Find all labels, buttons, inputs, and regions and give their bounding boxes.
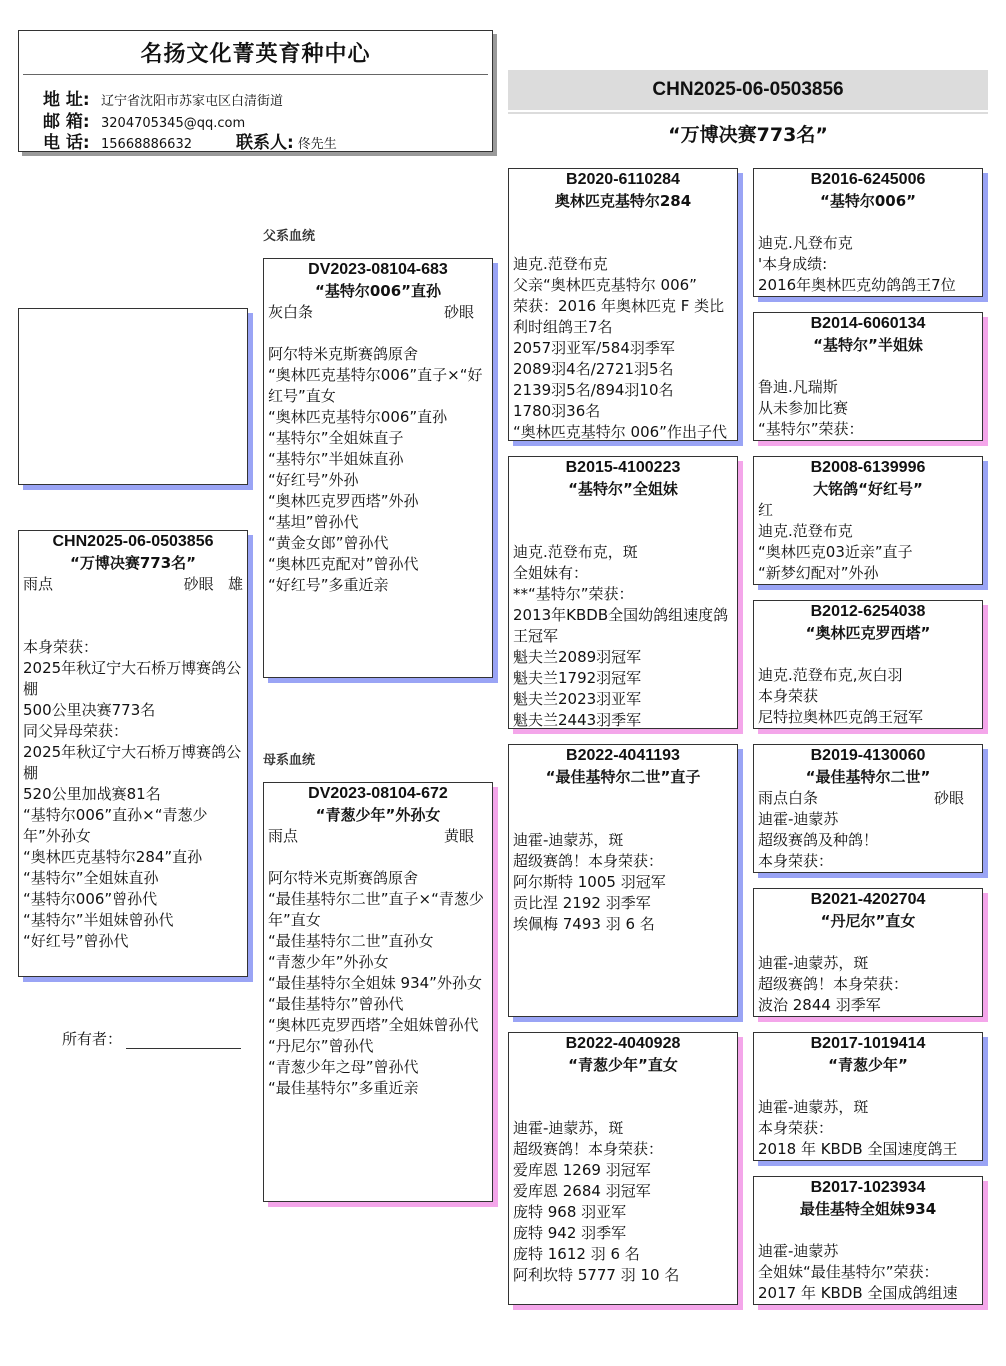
dam-card: DV2023-08104-672 “青葱少年”外孙女 雨点 黄眼 阿尔特米克斯赛… [263,782,493,1202]
note-line: 2018 年 KBDB 全国速度鸽王 [758,1139,978,1160]
note-line: “最佳基特尔全姐妹 934”外孙女 [268,973,488,994]
great-grandparent-card-ssd: B2014-6060134 “基特尔”半姐妹 鲁迪.凡瑞斯 从未参加比赛 “基特… [753,312,983,441]
note-line: 2089羽4名/2721羽5名 [513,359,733,380]
note-line: “最佳基特尔”多重近亲 [268,1078,488,1099]
note-line: 魁夫兰2443羽季军 [513,710,733,729]
note-line: 魁夫兰2089羽冠军 [513,647,733,668]
note-line: 2025年秋辽宁大石桥万博赛鸽公棚 [23,658,243,700]
pigeon-name: “万博决赛773名” [23,552,243,574]
note-line: “最佳基特尔二世”直子×“青葱少年”直女 [268,889,488,931]
ring-number-banner: CHN2025-06-0503856 [508,70,988,110]
note-line: 庞特 942 羽季军 [513,1223,733,1244]
note-line: 迪克.凡登布克 [758,233,978,254]
grandsire-sire-side-card: B2020-6110284 奥林匹克基特尔284 迪克.范登布克 父亲“奥林匹克… [508,168,738,441]
note-line: 迪霍-迪蒙苏，斑 [758,1097,978,1118]
note-line: “奥林匹克基特尔 006”作出子代 [513,422,733,441]
note-line: “奥林匹克配对”曾孙代 [268,554,488,575]
eye-trait: 砂眼 [184,575,214,593]
pigeon-name: “青葱少年”直女 [513,1054,733,1076]
great-grandparent-card-sss: B2016-6245006 “基特尔006” 迪克.凡登布克 '本身成绩: 20… [753,168,983,297]
note-line: 红 [758,500,978,521]
note-line: 迪克.范登布克 [758,521,978,542]
note-line: “奥林匹克罗西塔”全姐妹曾孙代 [268,1015,488,1036]
color-trait: 雨点白条 [758,788,818,809]
note-line: 超级赛鸽及种鸽！ [758,830,978,851]
note-line: 本身荣获 [758,686,978,707]
dam-line-label: 母系血统 [263,749,315,768]
note-line: 尼特拉奥林匹克鸽王冠军 [758,707,978,728]
note-line: “基特尔”半姐妹直孙 [268,449,488,470]
great-grandparent-card-dsd: B2021-4202704 “丹尼尔”直女 迪霍-迪蒙苏，斑 超级赛鸽！本身荣获… [753,888,983,1017]
owner-field: 所有者： [62,1028,241,1049]
sex-trait: 雄 [228,575,243,593]
pigeon-name: “基特尔”全姐妹 [513,478,733,500]
breeder-header-card: 名扬文化菁英育种中心 地 址: 辽宁省沈阳市苏家屯区白清街道 邮 箱: 3204… [18,30,493,152]
note-line: 阿尔特米克斯赛鸽原舍 [268,868,488,889]
color-trait: 雨点 [268,826,298,847]
note-line: “奥林匹克基特尔006”直子×“好红号”直女 [268,365,488,407]
note-line: “好红号”外孙 [268,470,488,491]
ring-number: B2021-4202704 [758,889,978,910]
note-line: 2017 年 KBDB 全国成鸽组速 [758,1283,978,1304]
ring-number: DV2023-08104-672 [268,783,488,804]
note-line: 2016年奥林匹克幼鸽鸽王7位 [758,275,978,296]
granddam-dam-side-card: B2022-4040928 “青葱少年”直女 迪霍-迪蒙苏，斑 超级赛鸽！本身荣… [508,1032,738,1305]
note-line: '本身成绩: [758,254,978,275]
note-line: “丹尼尔”曾孙代 [268,1036,488,1057]
ring-number: B2014-6060134 [758,313,978,334]
note-line: 埃佩梅 7493 羽 6 名 [513,914,733,935]
note-line: 鲁迪.凡瑞斯 [758,377,978,398]
pigeon-name: “最佳基特尔二世” [758,766,978,788]
traits-row: 雨点 黄眼 [268,826,488,847]
note-line: 阿利坎特 5777 羽 10 名 [513,1265,733,1286]
note-line: 2057羽亚军/584羽季军 [513,338,733,359]
note-line: 波治 2844 羽季军 [758,995,978,1016]
great-grandparent-card-sdd: B2012-6254038 “奥林匹克罗西塔” 迪克.范登布克,灰白羽 本身荣获… [753,600,983,729]
note-line: 全姐妹有： [513,563,733,584]
note-line: 本身荣获： [23,637,243,658]
traits-row: 雨点 砂眼 雄 [23,574,243,595]
note-line: 荣获：2016 年奥林匹克 F 类比利时组鸽王7名 [513,296,733,338]
note-line: **“基特尔”荣获： [513,584,733,605]
traits-row: 雨点白条 砂眼 [758,788,978,809]
note-line: 超级赛鸽！本身荣获： [758,974,978,995]
ring-number: B2022-4040928 [513,1033,733,1054]
great-grandparent-card-dds: B2017-1019414 “青葱少年” 迪霍-迪蒙苏，斑 本身荣获： 2018… [753,1032,983,1161]
note-line: “奥林匹克基特尔284”直孙 [23,847,243,868]
pigeon-name-title: “万博决赛773名” [508,120,988,147]
note-line: 阿尔斯特 1005 羽冠军 [513,872,733,893]
note-line: 超级赛鸽！本身荣获： [513,851,733,872]
phone-value: 15668886632 [101,137,192,152]
note-line: “基特尔”荣获： [758,419,978,440]
pigeon-name: “最佳基特尔二世”直子 [513,766,733,788]
pigeon-name: “丹尼尔”直女 [758,910,978,932]
note-line: 从未参加比赛 [758,398,978,419]
header-divider [23,74,488,75]
note-line: “奥林匹克03近亲”直子 [758,542,978,563]
ring-number: B2019-4130060 [758,745,978,766]
pigeon-name: “基特尔006” [758,190,978,212]
eye-trait: 砂眼 [444,302,474,323]
note-line: 魁夫兰2023羽亚军 [513,689,733,710]
note-line: 爱库恩 2684 羽冠军 [513,1181,733,1202]
ring-number: B2017-1023934 [758,1177,978,1198]
pigeon-name: “基特尔”半姐妹 [758,334,978,356]
banner-divider [508,112,988,114]
ring-number: B2008-6139996 [758,457,978,478]
eye-trait: 砂眼 [934,788,964,809]
note-line: 超级赛鸽！本身荣获： [513,1139,733,1160]
note-line: 阿尔特米克斯赛鸽原舍 [268,344,488,365]
note-line: “基特尔006”直孙×“青葱少年”外孙女 [23,805,243,847]
note-line: 迪霍-迪蒙苏，斑 [758,953,978,974]
note-line: 魁夫兰1792羽冠军 [513,668,733,689]
note-line: 迪克.范登布克 [513,254,733,275]
ring-number: B2016-6245006 [758,169,978,190]
pigeon-name: “奥林匹克罗西塔” [758,622,978,644]
pigeon-name: “青葱少年”外孙女 [268,804,488,826]
note-line: 520公里加战赛81名 [23,784,243,805]
note-line: 庞特 1612 羽 6 名 [513,1244,733,1265]
note-line: 本身荣获： [758,1118,978,1139]
contact-label: 联系人: [236,128,294,153]
grandsire-dam-side-card: B2022-4041193 “最佳基特尔二世”直子 迪霍-迪蒙苏，斑 超级赛鸽！… [508,744,738,1017]
ring-number: B2015-4100223 [513,457,733,478]
note-line: 同父异母荣获： [23,721,243,742]
note-line: “基特尔”全姐妹直孙 [23,868,243,889]
pigeon-name: “青葱少年” [758,1054,978,1076]
sire-card: DV2023-08104-683 “基特尔006”直孙 灰白条 砂眼 阿尔特米克… [263,258,493,678]
sire-line-label: 父系血统 [263,225,315,244]
great-grandparent-card-dss: B2019-4130060 “最佳基特尔二世” 雨点白条 砂眼 迪霍-迪蒙苏 超… [753,744,983,873]
note-line: 迪霍-迪蒙苏，斑 [513,830,733,851]
ring-number: B2017-1019414 [758,1033,978,1054]
note-line: 2013年KBDB全国幼鸽组速度鸽王冠军 [513,605,733,647]
great-grandparent-card-sds: B2008-6139996 大铭鸽“好红号” 红 迪克.范登布克 “奥林匹克03… [753,456,983,585]
note-line: “基特尔006”曾孙代 [23,889,243,910]
note-line: “黄金女郎”曾孙代 [268,533,488,554]
traits-row: 灰白条 砂眼 [268,302,488,323]
color-trait: 雨点 [23,574,53,595]
note-line: 本身荣获： [758,851,978,872]
note-line: 父亲“奥林匹克基特尔 006” [513,275,733,296]
note-line: 迪霍-迪蒙苏，斑 [513,1118,733,1139]
eye-sex-traits: 砂眼 雄 [184,574,243,595]
subject-pigeon-card: CHN2025-06-0503856 “万博决赛773名” 雨点 砂眼 雄 本身… [18,530,248,977]
note-line: 迪霍-迪蒙苏 [758,1241,978,1262]
ring-number: B2012-6254038 [758,601,978,622]
note-line: “奥林匹克罗西塔”外孙 [268,491,488,512]
note-line: “好红号”多重近亲 [268,575,488,596]
note-line: “基坦”曾孙代 [268,512,488,533]
ring-number: B2020-6110284 [513,169,733,190]
note-line: 全姐妹“最佳基特尔”荣获： [758,1262,978,1283]
note-line: 爱库恩 1269 羽冠军 [513,1160,733,1181]
pigeon-name: 大铭鸽“好红号” [758,478,978,500]
note-line: “青葱少年之母”曾孙代 [268,1057,488,1078]
pigeon-name: “基特尔006”直孙 [268,280,488,302]
pigeon-name: 奥林匹克基特尔284 [513,190,733,212]
note-line: “新梦幻配对”外孙 [758,563,978,584]
note-line: 迪克.范登布克，斑 [513,542,733,563]
owner-label: 所有者： [62,1028,122,1049]
note-line: 1780羽36名 [513,401,733,422]
note-line: 迪霍-迪蒙苏 [758,809,978,830]
note-line: “奥林匹克基特尔006”直孙 [268,407,488,428]
note-line: “基特尔”全姐妹直子 [268,428,488,449]
contact-value: 佟先生 [298,133,337,152]
note-line: “最佳基特尔二世”直孙女 [268,931,488,952]
eye-trait: 黄眼 [444,826,474,847]
ring-number: CHN2025-06-0503856 [23,531,243,552]
note-line: “最佳基特尔”曾孙代 [268,994,488,1015]
color-trait: 灰白条 [268,302,313,323]
note-line: 500公里决赛773名 [23,700,243,721]
pigeon-photo-placeholder [18,308,248,485]
ring-number: B2022-4041193 [513,745,733,766]
note-line: “青葱少年”外孙女 [268,952,488,973]
ring-number: DV2023-08104-683 [268,259,488,280]
note-line: “好红号”曾孙代 [23,931,243,952]
granddam-sire-side-card: B2015-4100223 “基特尔”全姐妹 迪克.范登布克，斑 全姐妹有： *… [508,456,738,729]
pigeon-name: 最佳基特全姐妹934 [758,1198,978,1220]
note-line: 2025年秋辽宁大石桥万博赛鸽公棚 [23,742,243,784]
breeder-title: 名扬文化菁英育种中心 [19,37,492,68]
note-line: 庞特 968 羽亚军 [513,1202,733,1223]
phone-label: 电 话: [43,128,101,153]
owner-signature-line[interactable] [126,1032,241,1049]
note-line: 2139羽5名/894羽10名 [513,380,733,401]
phone-row: 电 话: 15668886632 联系人: 佟先生 [43,128,337,153]
note-line: “基特尔”半姐妹曾孙代 [23,910,243,931]
great-grandparent-card-ddd: B2017-1023934 最佳基特全姐妹934 迪霍-迪蒙苏 全姐妹“最佳基特… [753,1176,983,1305]
note-line: 迪克.范登布克,灰白羽 [758,665,978,686]
note-line: 贡比涅 2192 羽季军 [513,893,733,914]
